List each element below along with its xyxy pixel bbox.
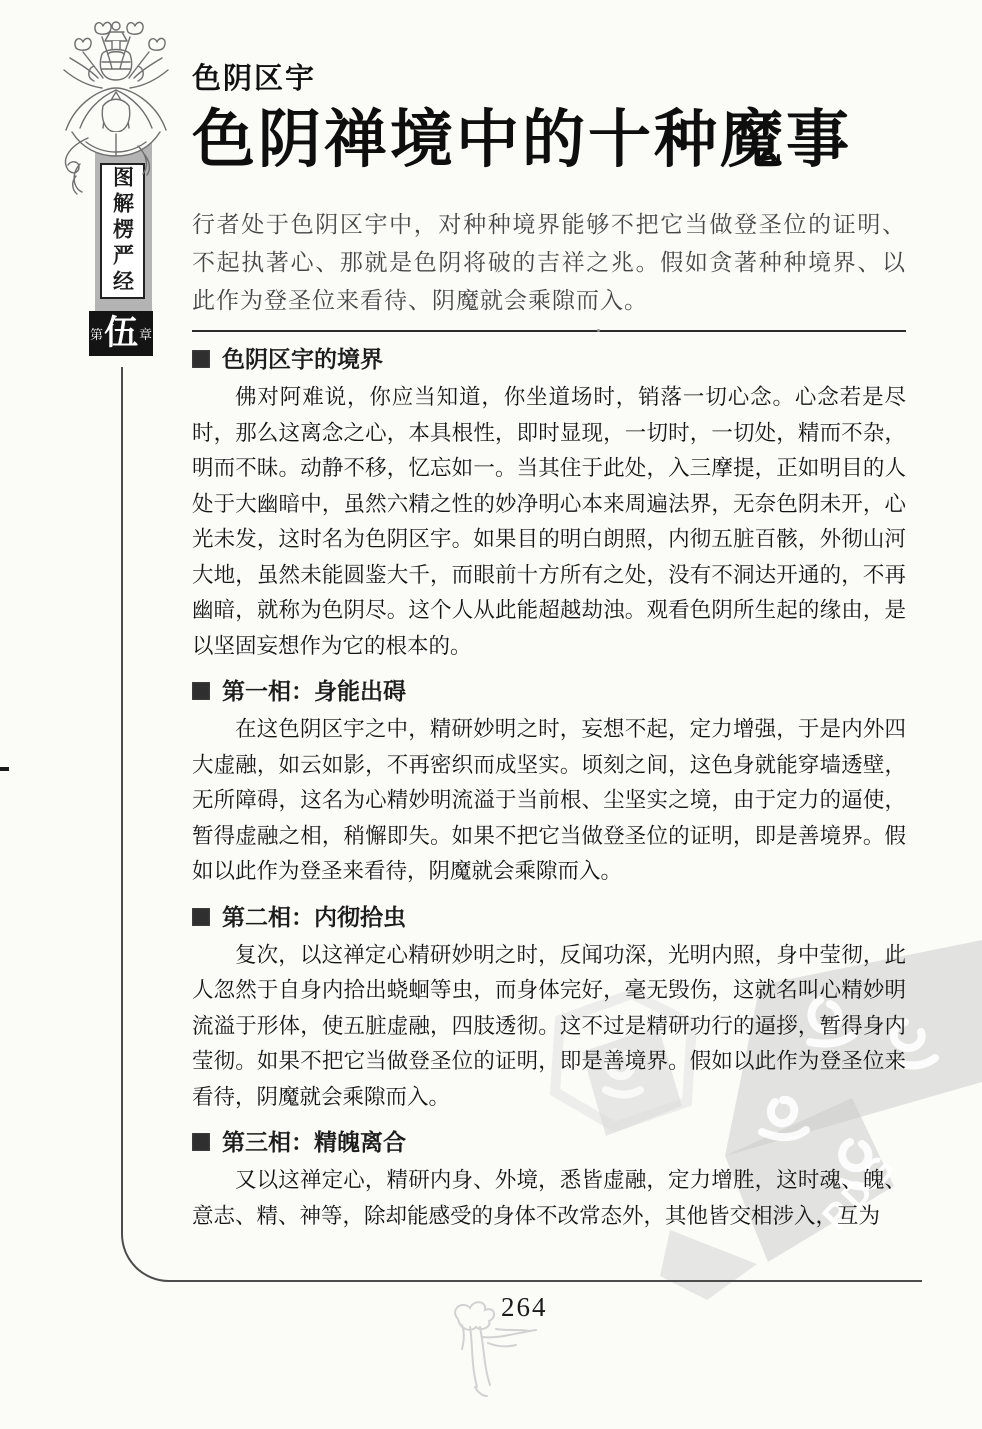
section-heading: 第二相：内彻拾虫: [222, 902, 406, 932]
section-block: 第二相：内彻拾虫 复次，以这禅定心精研妙明之时，反闻功深，光明内照，身中莹彻，此…: [192, 902, 906, 1116]
title-separator: [192, 330, 906, 332]
section-heading-row: 第二相：内彻拾虫: [192, 902, 906, 932]
section-paragraph: 在这色阴区宇之中，精研妙明之时，妄想不起，定力增强，于是内外四大虚融，如云如影，…: [192, 712, 906, 890]
section-bullet-icon: [192, 908, 210, 926]
section-heading: 第三相：精魄离合: [222, 1127, 406, 1157]
scan-artifact-dash: [0, 767, 9, 771]
section-bullet-icon: [192, 350, 210, 368]
page-title: 色阴禅境中的十种魔事: [192, 105, 906, 176]
section-bullet-icon: [192, 682, 210, 700]
main-column: 色阴区宇 色阴禅境中的十种魔事 行者处于色阴区宇中，对种种境界能够不把它当做登圣…: [192, 56, 906, 1240]
section-paragraph: 佛对阿难说，你应当知道，你坐道场时，销落一切心念。心念若是尽时，那么这离念之心，…: [192, 380, 906, 664]
section-block: 第一相：身能出碍 在这色阴区宇之中，精研妙明之时，妄想不起，定力增强，于是内外四…: [192, 676, 906, 890]
scan-artifact-speck: [597, 329, 600, 332]
lotus-ornament-icon: [52, 18, 180, 204]
intro-paragraph: 行者处于色阴区宇中，对种种境界能够不把它当做登圣位的证明、不起执著心、那就是色阴…: [192, 206, 906, 320]
section-heading-row: 第一相：身能出碍: [192, 676, 906, 706]
section-heading-row: 第三相：精魄离合: [192, 1127, 906, 1157]
page-number: 264: [501, 1292, 548, 1323]
section-block: 第三相：精魄离合 又以这禅定心，精研内身、外境，悉皆虚融，定力增胜，这时魂、魄、…: [192, 1127, 906, 1234]
section-heading-row: 色阴区宇的境界: [192, 344, 906, 374]
book-page: { "page": { "number": "264" }, "sidebar"…: [0, 0, 982, 1429]
section-paragraph: 又以这禅定心，精研内身、外境，悉皆虚融，定力增胜，这时魂、魄、意志、精、神等，除…: [192, 1163, 906, 1234]
chapter-number: 伍: [104, 317, 138, 351]
chapter-badge: 第 伍 章: [89, 311, 153, 356]
section-paragraph: 复次，以这禅定心精研妙明之时，反闻功深，光明内照，身中莹彻，此人忽然于自身内拾出…: [192, 938, 906, 1116]
section-kicker: 色阴区宇: [192, 56, 906, 97]
section-bullet-icon: [192, 1133, 210, 1151]
section-block: 色阴区宇的境界 佛对阿难说，你应当知道，你坐道场时，销落一切心念。心念若是尽时，…: [192, 344, 906, 664]
section-heading: 色阴区宇的境界: [222, 344, 383, 374]
chapter-suffix: 章: [139, 324, 152, 343]
section-heading: 第一相：身能出碍: [222, 676, 406, 706]
chapter-prefix: 第: [90, 324, 103, 343]
